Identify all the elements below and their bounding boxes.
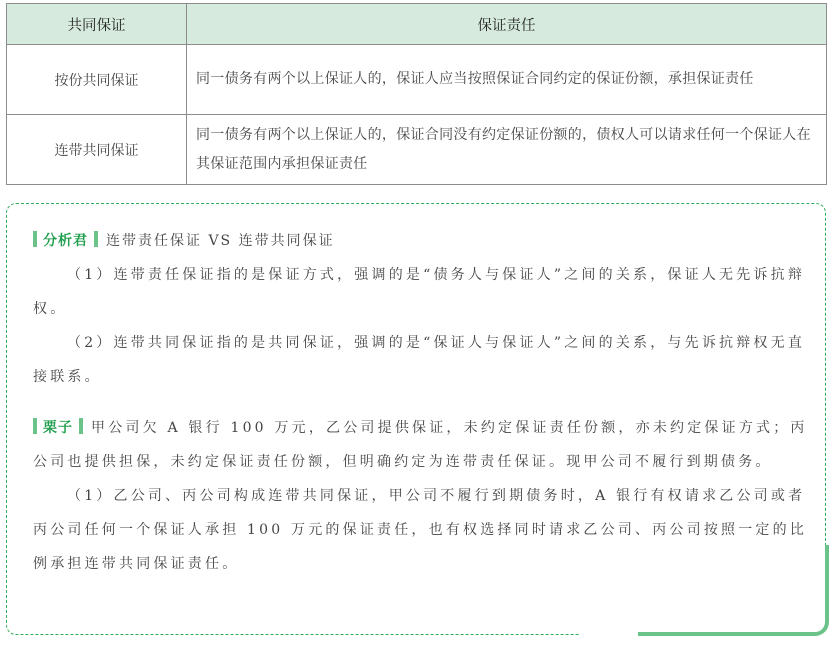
row-name: 按份共同保证 [7, 45, 187, 115]
analysis-point: （1）连带责任保证指的是保证方式，强调的是“债务人与保证人”之间的关系，保证人无… [33, 258, 808, 326]
analysis-tag: 分析君 [43, 233, 88, 249]
analysis-title: 连带责任保证 VS 连带共同保证 [106, 233, 335, 249]
row-desc: 同一债务有两个以上保证人的，保证人应当按照保证合同约定的保证份额，承担保证责任 [187, 45, 827, 115]
table-row: 连带共同保证 同一债务有两个以上保证人的，保证合同没有约定保证份额的，债权人可以… [7, 115, 827, 185]
row-name: 连带共同保证 [7, 115, 187, 185]
analysis-content: 分析君连带责任保证 VS 连带共同保证 （1）连带责任保证指的是保证方式，强调的… [33, 224, 808, 581]
row-desc: 同一债务有两个以上保证人的，保证合同没有约定保证份额的，债权人可以请求任何一个保… [187, 115, 827, 185]
tag-bar-icon [33, 231, 37, 247]
table-header-row: 共同保证 保证责任 [7, 4, 827, 45]
tag-bar-icon [33, 418, 37, 434]
example-point: （1）乙公司、丙公司构成连带共同保证，甲公司不履行到期债务时，A 银行有权请求乙… [33, 479, 808, 581]
tag-bar-icon [79, 418, 83, 434]
header-guarantee-liability: 保证责任 [187, 4, 827, 45]
table-row: 按份共同保证 同一债务有两个以上保证人的，保证人应当按照保证合同约定的保证份额，… [7, 45, 827, 115]
analysis-point: （2）连带共同保证指的是共同保证，强调的是“保证人与保证人”之间的关系，与先诉抗… [33, 326, 808, 394]
tag-bar-icon [94, 231, 98, 247]
guarantee-table: 共同保证 保证责任 按份共同保证 同一债务有两个以上保证人的，保证人应当按照保证… [6, 3, 827, 185]
analysis-heading: 分析君连带责任保证 VS 连带共同保证 [33, 224, 808, 258]
header-joint-guarantee: 共同保证 [7, 4, 187, 45]
example-intro: 甲公司欠 A 银行 100 万元，乙公司提供保证，未约定保证责任份额，亦未约定保… [33, 420, 808, 470]
example-paragraph: 栗子甲公司欠 A 银行 100 万元，乙公司提供保证，未约定保证责任份额，亦未约… [33, 411, 808, 479]
example-tag: 栗子 [43, 420, 73, 436]
